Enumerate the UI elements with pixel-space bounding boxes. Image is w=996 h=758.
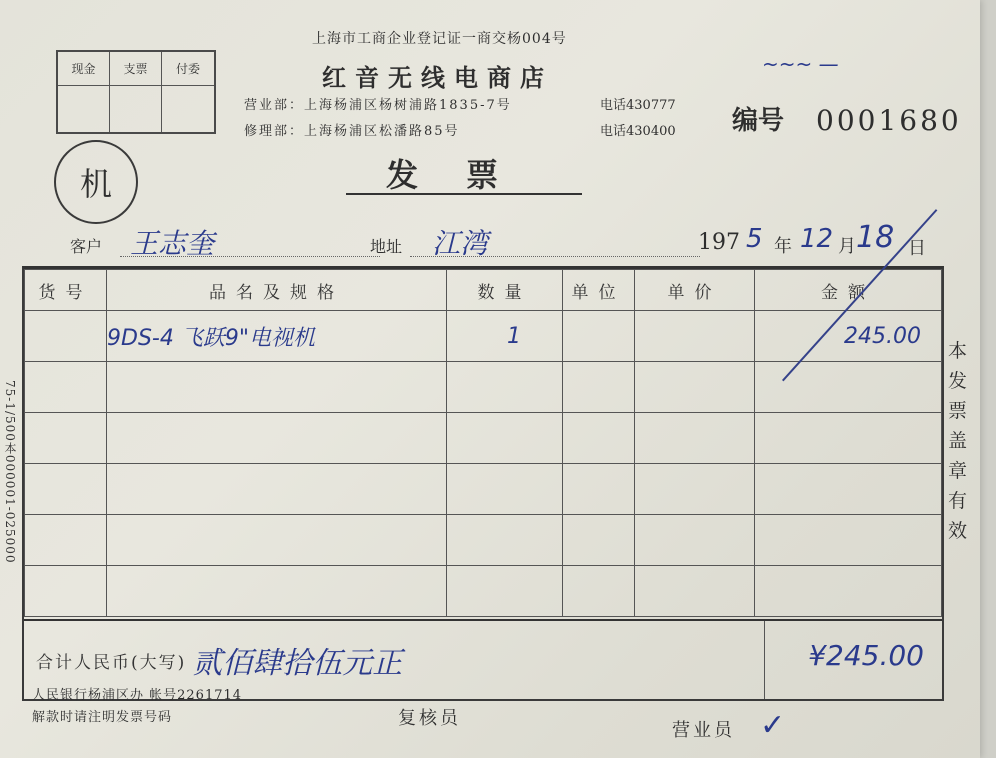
total-separator — [764, 621, 765, 699]
cell-name[interactable] — [107, 464, 447, 515]
handwritten-scribble: ~~~ — — [762, 52, 839, 76]
total-amount[interactable]: ¥245.00 — [808, 639, 924, 672]
payment-method-box: 现金 支票 付委 — [56, 50, 216, 134]
table-header-row: 货号 品名及规格 数量 单位 单价 金额 — [25, 270, 942, 311]
header-unit-price: 单价 — [635, 270, 755, 311]
header-item-name: 品名及规格 — [107, 270, 447, 311]
cell-name[interactable] — [107, 566, 447, 617]
total-label: 合计人民币(大写) — [36, 648, 186, 673]
cell-qty[interactable]: 1 — [447, 311, 563, 362]
invoice-paper: 现金 支票 付委 机 上海市工商企业登记证一商交杨004号 红音无线电商店 营业… — [0, 0, 980, 758]
cell-amount[interactable] — [755, 413, 942, 464]
business-dept-address: 营业部：上海杨浦区杨树浦路1835-7号 — [244, 94, 512, 113]
address-line — [410, 256, 700, 257]
cell-amount[interactable] — [755, 515, 942, 566]
table-row — [25, 566, 942, 617]
cell-code[interactable] — [25, 413, 107, 464]
date-year-prefix: 197 — [698, 230, 740, 255]
customer-label: 客户 — [70, 234, 102, 257]
table-row — [25, 515, 942, 566]
cell-amount[interactable] — [755, 464, 942, 515]
table-row — [25, 464, 942, 515]
table-row — [25, 413, 942, 464]
cell-code[interactable] — [25, 566, 107, 617]
cell-unit[interactable] — [563, 515, 635, 566]
cell-unit[interactable] — [563, 362, 635, 413]
payment-transfer-header: 付委 — [162, 52, 214, 86]
category-stamp: 机 — [54, 140, 138, 224]
clerk-label: 营业员 — [672, 716, 735, 742]
header-item-code: 货号 — [25, 270, 107, 311]
checker-label: 复核员 — [398, 704, 461, 730]
payment-cash-cell — [58, 86, 110, 132]
clerk-signature[interactable]: ✓ — [760, 708, 785, 743]
cell-code[interactable] — [25, 362, 107, 413]
cell-price[interactable] — [635, 515, 755, 566]
cell-unit[interactable] — [563, 311, 635, 362]
cell-price[interactable] — [635, 464, 755, 515]
shop-name: 红音无线电商店 — [322, 58, 553, 93]
date-month[interactable]: 12 — [800, 224, 833, 254]
cell-name[interactable]: 9DS-4 飞跃9"电视机 — [107, 311, 447, 362]
cell-name[interactable] — [107, 413, 447, 464]
table-row — [25, 362, 942, 413]
payment-check-cell — [110, 86, 162, 132]
business-phone: 电话430777 — [600, 94, 676, 113]
cell-name[interactable] — [107, 515, 447, 566]
cell-qty[interactable] — [447, 515, 563, 566]
serial-number: 0001680 — [816, 104, 962, 137]
header-quantity: 数量 — [447, 270, 563, 311]
cell-amount[interactable] — [755, 566, 942, 617]
cell-code[interactable] — [25, 464, 107, 515]
header-unit: 单位 — [563, 270, 635, 311]
cell-code[interactable] — [25, 311, 107, 362]
date-year-digit[interactable]: 5 — [746, 224, 763, 254]
cell-unit[interactable] — [563, 413, 635, 464]
payment-note: 解款时请注明发票号码 — [32, 706, 172, 725]
cell-price[interactable] — [635, 362, 755, 413]
payment-transfer-cell — [162, 86, 214, 132]
invoice-title: 发票 — [386, 150, 546, 196]
validity-note: 本发票盖章有效 — [948, 336, 970, 546]
cell-price[interactable] — [635, 311, 755, 362]
print-batch-code: 75-1/500本000001-025000 — [2, 380, 19, 564]
header-amount: 金额 — [755, 270, 942, 311]
payment-check-header: 支票 — [110, 52, 162, 86]
date-month-label: 月 — [838, 232, 856, 258]
customer-line — [120, 256, 380, 257]
date-year-label: 年 — [774, 232, 792, 258]
items-table: 货号 品名及规格 数量 单位 单价 金额 9DS-4 飞跃9"电视机 1 245… — [22, 266, 944, 701]
date-day[interactable]: 18 — [856, 220, 894, 255]
registration-number: 上海市工商企业登记证一商交杨004号 — [312, 28, 567, 48]
cell-code[interactable] — [25, 515, 107, 566]
repair-phone: 电话430400 — [600, 120, 676, 139]
cell-price[interactable] — [635, 566, 755, 617]
address-label: 地址 — [370, 234, 402, 257]
cell-unit[interactable] — [563, 464, 635, 515]
cell-amount[interactable] — [755, 362, 942, 413]
repair-dept-address: 修理部：上海杨浦区松潘路85号 — [244, 120, 460, 139]
cell-qty[interactable] — [447, 362, 563, 413]
title-underline — [346, 193, 582, 195]
bank-info: 人民银行杨浦区办 帐号2261714 — [32, 684, 242, 703]
cell-qty[interactable] — [447, 413, 563, 464]
cell-amount[interactable]: 245.00 — [755, 311, 942, 362]
total-in-words[interactable]: 贰佰肆拾伍元正 — [192, 638, 402, 682]
cell-qty[interactable] — [447, 566, 563, 617]
serial-label: 编号 — [732, 100, 784, 137]
cell-qty[interactable] — [447, 464, 563, 515]
cell-price[interactable] — [635, 413, 755, 464]
cell-unit[interactable] — [563, 566, 635, 617]
payment-cash-header: 现金 — [58, 52, 110, 86]
cell-name[interactable] — [107, 362, 447, 413]
